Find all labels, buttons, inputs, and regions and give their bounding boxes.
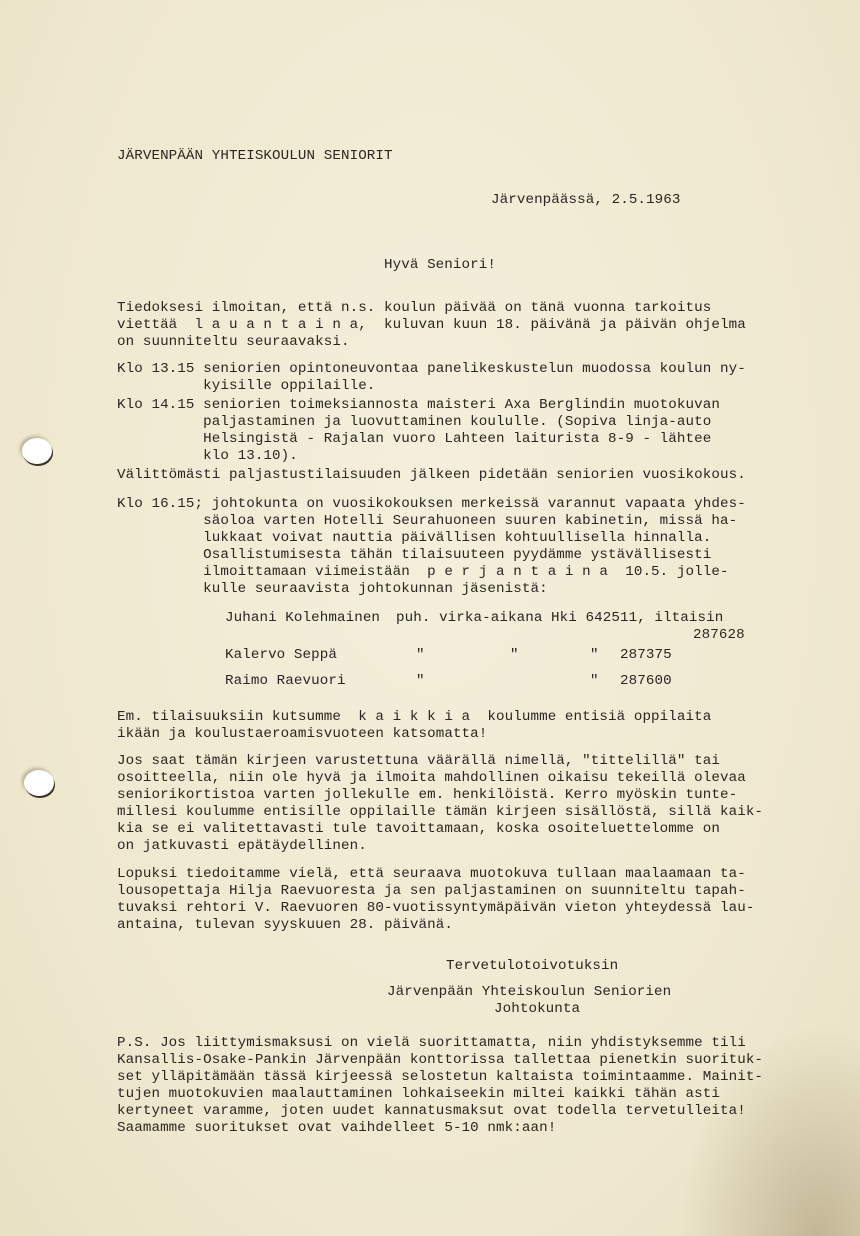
contact-phone: 287375 [620, 647, 672, 664]
contact-name: Kalervo Seppä [225, 647, 337, 664]
organization-heading: JÄRVENPÄÄN YHTEISKOULUN SENIORIT [117, 148, 393, 165]
contact-detail: puh. virka-aikana Hki 642511, iltaisin [396, 610, 723, 627]
contact-name: Juhani Kolehmainen [225, 610, 380, 627]
ditto-mark: " [416, 673, 425, 690]
place-date: Järvenpäässä, 2.5.1963 [491, 192, 681, 209]
signature-title: Johtokunta [494, 1001, 580, 1018]
contact-name: Raimo Raevuori [225, 673, 346, 690]
ditto-mark: " [510, 647, 519, 664]
closing-greeting: Tervetulotoivotuksin [446, 958, 618, 975]
salutation: Hyvä Seniori! [384, 257, 496, 274]
ditto-mark: " [590, 673, 599, 690]
ditto-mark: " [590, 647, 599, 664]
ditto-mark: " [416, 647, 425, 664]
typewritten-letter: JÄRVENPÄÄN YHTEISKOULUN SENIORIT Järvenp… [0, 0, 860, 1236]
contact-phone: 287600 [620, 673, 672, 690]
contact-phone: 287628 [693, 627, 745, 644]
signature-line: Järvenpään Yhteiskoulun Seniorien [387, 984, 671, 1001]
